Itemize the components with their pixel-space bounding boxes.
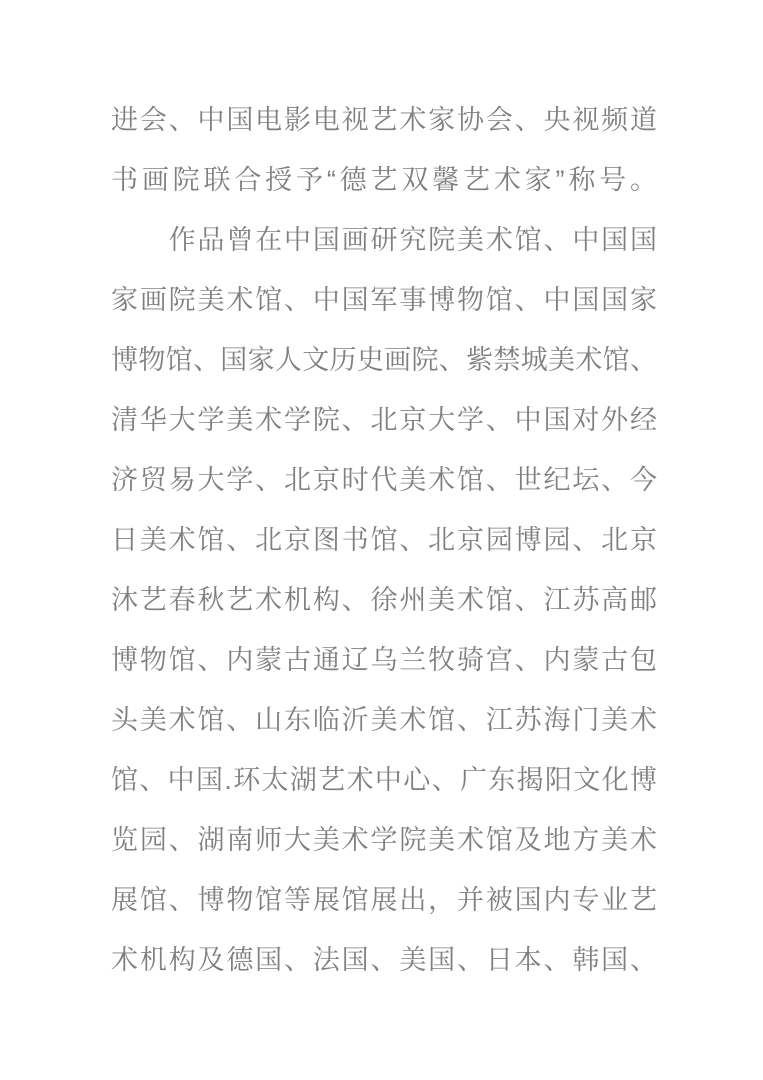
text-line: 济贸易大学、北京时代美术馆、世纪坛、今	[111, 450, 657, 510]
text-line: 进会、中国电影电视艺术家协会、央视频道	[111, 90, 657, 150]
text-line: 术机构及德国、法国、美国、日本、韩国、	[111, 930, 657, 990]
document-text-block: 进会、中国电影电视艺术家协会、央视频道 书画院联合授予“德艺双馨艺术家”称号。 …	[111, 90, 657, 990]
text-line: 头美术馆、山东临沂美术馆、江苏海门美术	[111, 690, 657, 750]
text-line: 馆、中国.环太湖艺术中心、广东揭阳文化博	[111, 750, 657, 810]
text-line: 博物馆、内蒙古通辽乌兰牧骑宫、内蒙古包	[111, 630, 657, 690]
text-line: 书画院联合授予“德艺双馨艺术家”称号。	[111, 150, 657, 210]
text-line: 沐艺春秋艺术机构、徐州美术馆、江苏高邮	[111, 570, 657, 630]
document-page: 进会、中国电影电视艺术家协会、央视频道 书画院联合授予“德艺双馨艺术家”称号。 …	[0, 0, 763, 1080]
text-line: 清华大学美术学院、北京大学、中国对外经	[111, 390, 657, 450]
text-line: 日美术馆、北京图书馆、北京园博园、北京	[111, 510, 657, 570]
text-line: 展馆、博物馆等展馆展出，并被国内专业艺	[111, 870, 657, 930]
text-line: 博物馆、国家人文历史画院、紫禁城美术馆、	[111, 330, 657, 390]
text-line: 览园、湖南师大美术学院美术馆及地方美术	[111, 810, 657, 870]
text-line: 家画院美术馆、中国军事博物馆、中国国家	[111, 270, 657, 330]
text-line: 作品曾在中国画研究院美术馆、中国国	[111, 210, 657, 270]
